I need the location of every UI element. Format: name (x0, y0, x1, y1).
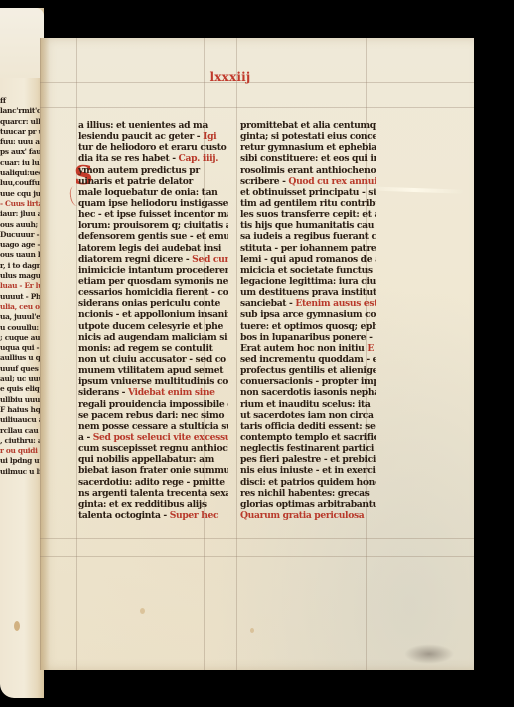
body-text: monis: ad regem se contulit (78, 343, 213, 354)
body-text: nis eius iniuste - et in exercicijs (240, 465, 376, 476)
text-line: tis hijs que humanitatis cau (240, 220, 376, 231)
body-text: les suos transferre cepit: et amo (240, 209, 376, 220)
text-line: stituta - per iohannem patrem eupo (240, 243, 376, 254)
body-text: non ut ciuiu accusator - sed co (78, 354, 226, 365)
text-line: inimicicie intantum procederent ut (78, 265, 228, 276)
text-line: siderans - Videbat enim sine (78, 387, 228, 398)
body-text: stituta - per iohannem patrem eupo (240, 243, 376, 254)
text-line: profectus gentilis et alienigene (240, 365, 376, 376)
body-text: a - (78, 432, 90, 443)
body-text: non sacerdotis iasonis nepha (240, 387, 376, 398)
body-text: sanciebat - (240, 298, 293, 309)
facing-text-line: rcllau cau (0, 426, 42, 436)
text-line: non sacerdotis iasonis nepha (240, 387, 376, 398)
text-line: Erat autem hoc non initiu E (240, 343, 376, 354)
body-text: legacione legittima: iura ciui (240, 276, 376, 287)
text-line: sed incrementu quoddam - et (240, 354, 376, 365)
text-line: ncionis - et appollonium insanire (78, 309, 228, 320)
rubric-text: Videbat enim sine (125, 387, 215, 398)
rubric-text: Etenim ausus est (293, 298, 376, 309)
facing-text-line: ous auuh; ulhy (0, 220, 42, 230)
facing-text-line: fuu: uuu aulucu (0, 137, 42, 147)
text-line: res nichil habentes: grecas (240, 488, 376, 499)
corner-wear (404, 644, 454, 664)
text-line: sacerdotiu: adito rege - pmitte (78, 477, 228, 488)
rubric-text: Super hec (167, 510, 218, 521)
body-text: hec - et ipse fuisset incentor ma (78, 209, 228, 220)
text-line: micicia et societate functus est (240, 265, 376, 276)
text-line: sanciebat - Etenim ausus est (240, 298, 376, 309)
ruling-line-horizontal (40, 107, 474, 108)
running-headline: lxxxiij (200, 70, 260, 84)
body-text: sibi constituere: et eos qui in ihe (240, 153, 376, 164)
foxing-stain (14, 621, 20, 631)
facing-text-line: e quis eliq qu (0, 384, 42, 394)
foxing-stain (140, 608, 145, 614)
body-text: res nichil habentes: grecas (240, 488, 370, 499)
body-text: disci: et patrios quidem hono (240, 477, 376, 488)
rubric-text: Sed post seleuci vite excessu (90, 432, 228, 443)
body-text: a illius: et uenientes ad ma (78, 120, 208, 131)
text-line: biebat iason frater onie summu (78, 465, 228, 476)
text-line: monis: ad regem se contulit (78, 343, 228, 354)
body-text: male loquebatur de onia: tan (78, 187, 218, 198)
text-column-left: a illius: et uenientes ad malesiendu pau… (78, 120, 228, 521)
body-text: promittebat et alia centumquinqua (240, 120, 376, 131)
text-line: glorias optimas arbitrabantur - (240, 499, 376, 510)
facing-text-line: ua, juuul'e o (0, 312, 42, 322)
text-line: a - Sed post seleuci vite excessu (78, 432, 228, 443)
body-text: rosolimis erant anthiochenos (240, 165, 376, 176)
body-text: taris officia dediti essent: sed (240, 421, 376, 432)
facing-text-line: uiliuaucu au (0, 415, 42, 425)
body-text: tur de heliodoro et eraru custo (78, 142, 226, 153)
body-text: ginta: et ex redditibus alijs (78, 499, 207, 510)
facing-text-line: tuucar pr u cum (0, 127, 42, 137)
rubric-text: Quarum gratia periculosa (240, 510, 364, 521)
body-text: diatorem regni dicere - (78, 254, 189, 265)
text-line: sub ipsa arce gymnasium consti (240, 309, 376, 320)
body-text: ginta; si potestati eius concede (240, 131, 376, 142)
facing-text-line: ps aux' fauis ha (0, 147, 42, 157)
body-text: lesiendu paucit ac geter - (78, 131, 200, 142)
rubric-text: Quod cu rex annuisset (286, 176, 376, 187)
facing-text-line: ullbiu uuu (0, 395, 42, 405)
body-text: pes fieri palestre - et prebicio (240, 454, 376, 465)
body-text: latorem legis dei audebat insi (78, 243, 221, 254)
text-line: ipsum vniuerse multitudinis co (78, 376, 228, 387)
body-text: lorum: prouisorem q; ciuitatis ac (78, 220, 228, 231)
body-text: sacerdotiu: adito rege - pmitte (78, 477, 225, 488)
facing-text-line: , ciuthru: aq (0, 436, 42, 446)
facing-text-line: luu,couffuu - (0, 178, 42, 188)
body-text: retur gymnasium et ephebiam (240, 142, 376, 153)
body-text: quam ipse heliodoru instigasset ad (78, 198, 228, 209)
text-line: a illius: et uenientes ad ma (78, 120, 228, 131)
body-text: tim ad gentilem ritu contribu (240, 198, 376, 209)
facing-text-line: cuar: iu lulu - (0, 158, 42, 168)
facing-text-line: uuuut - Phu (0, 292, 42, 302)
facing-page-text: fflanc'rmit'o unquarcr: ulla mituucar pr… (0, 96, 42, 477)
text-line: latorem legis dei audebat insi (78, 243, 228, 254)
body-text: ns argenti talenta trecenta sexa (78, 488, 228, 499)
ruling-line-horizontal (40, 538, 474, 539)
body-text: dia ita se res habet - (78, 153, 176, 164)
rubric-text: E (365, 343, 375, 354)
text-line: contempto templo et sacrificijs (240, 432, 376, 443)
rubric-text: Cap. iiij. (176, 153, 218, 164)
facing-text-line: F haius hqui (0, 405, 42, 415)
body-text: tis hijs que humanitatis cau (240, 220, 374, 231)
facing-text-line: ualiqui:ued (0, 168, 42, 178)
text-line: ginta: et ex redditibus alijs (78, 499, 228, 510)
body-text: ymon autem predictus pr (78, 165, 200, 176)
text-line: lemi - qui apud romanos de a (240, 254, 376, 265)
text-line: talenta octoginta - Super hec (78, 510, 228, 521)
body-text: siderans - (78, 387, 125, 398)
body-text: tuere: et optimos quosq; ephe (240, 321, 376, 332)
text-line: regali prouidencia impossibile es (78, 399, 228, 410)
body-text: micicia et societate functus est (240, 265, 376, 276)
facing-text-line: Ducuuur - Su (0, 230, 42, 240)
facing-text-line: uue cqu juli bi (0, 189, 42, 199)
facing-text-line: ous uaun hqu (0, 250, 42, 260)
facing-text-line: - Cuus lirtai (0, 199, 42, 209)
facing-text-line: aullius u qui (0, 353, 42, 363)
text-line: rosolimis erant anthiochenos (240, 165, 376, 176)
body-text: cum suscepisset regnu anthiochi (78, 443, 228, 454)
body-text: um destituens prava instituta (240, 287, 376, 298)
body-text: rium et inauditu scelus: ita (240, 399, 371, 410)
text-line: tim ad gentilem ritu contribu (240, 198, 376, 209)
text-line: male loquebatur de onia: tan (78, 187, 228, 198)
text-line: les suos transferre cepit: et amo (240, 209, 376, 220)
body-text: bos in lupanaribus ponere - (240, 332, 373, 343)
body-text: neglectis festinarent partici (240, 443, 374, 454)
facing-text-line: r ou quidi uu (0, 446, 42, 456)
text-line: rium et inauditu scelus: ita (240, 399, 376, 410)
facing-text-line: uuuf ques uu (0, 364, 42, 374)
facing-text-line: uago age - Jla (0, 240, 42, 250)
text-line: se pacem rebus dari: nec simo (78, 410, 228, 421)
text-line: tur de heliodoro et eraru custo (78, 142, 228, 153)
text-line: cessarios homicidia fierent - co (78, 287, 228, 298)
ruling-line-horizontal (40, 556, 474, 557)
page-crease (364, 186, 464, 193)
text-line: scribere - Quod cu rex annuisset (240, 176, 376, 187)
text-line: non ut ciuiu accusator - sed co (78, 354, 228, 365)
facing-text-line: ulia, ceu oblo (0, 302, 42, 312)
text-line: nis eius iniuste - et in exercicijs (240, 465, 376, 476)
body-text: uinaris et patrie delator (78, 176, 193, 187)
facing-text-line: luau - Er lupi (0, 281, 42, 291)
body-text: nicis ad augendam maliciam si (78, 332, 227, 343)
text-line: ns argenti talenta trecenta sexa (78, 488, 228, 499)
body-text: profectus gentilis et alienigene (240, 365, 376, 376)
text-line: pes fieri palestre - et prebicio (240, 454, 376, 465)
body-text: regali prouidencia impossibile es (78, 399, 228, 410)
text-line: diatorem regni dicere - Sed cum (78, 254, 228, 265)
text-line: conuersacionis - propter impij et (240, 376, 376, 387)
text-line: etiam per quosdam symonis ne (78, 276, 228, 287)
text-line: taris officia dediti essent: sed (240, 421, 376, 432)
text-line: cum suscepisset regnu anthiochi (78, 443, 228, 454)
facing-text-line: ; cuque auu (0, 333, 42, 343)
facing-text-line: aul; uc uuu (0, 374, 42, 384)
text-line: siderans onias periculu conte (78, 298, 228, 309)
gutter-shadow (40, 38, 50, 670)
body-text: etiam per quosdam symonis ne (78, 276, 228, 287)
text-line: quam ipse heliodoru instigasset ad (78, 198, 228, 209)
rubric-text: Sed cum (189, 254, 228, 265)
text-line: munem vtilitatem apud semet (78, 365, 228, 376)
text-line: utpote ducem celesyrie et phe (78, 321, 228, 332)
body-text: nem posse cessare a stulticia su (78, 421, 228, 432)
body-text: sub ipsa arce gymnasium consti (240, 309, 376, 320)
body-text: scribere - (240, 176, 286, 187)
ruling-line-vertical (236, 38, 237, 670)
facing-text-line: uilmuc u liba (0, 467, 42, 477)
facing-text-line: uqua qui - Tur (0, 343, 42, 353)
manuscript-folio: lxxxiij S a illius: et uenientes ad male… (40, 38, 474, 670)
text-line: ginta; si potestati eius concede (240, 131, 376, 142)
text-line: defensorem gentis sue - et emu (78, 231, 228, 242)
text-line: lorum: prouisorem q; ciuitatis ac (78, 220, 228, 231)
text-line: lesiendu paucit ac geter - Igi (78, 131, 228, 142)
facing-text-line: lanc'rmit'o un (0, 106, 42, 116)
ruling-line-vertical (76, 38, 77, 670)
text-line: uinaris et patrie delator (78, 176, 228, 187)
text-line: legacione legittima: iura ciui (240, 276, 376, 287)
foxing-stain (250, 628, 254, 633)
text-line: ymon autem predictus pr (78, 165, 228, 176)
body-text: lemi - qui apud romanos de a (240, 254, 376, 265)
body-text: Erat autem hoc non initiu (240, 343, 365, 354)
body-text: biebat iason frater onie summu (78, 465, 228, 476)
body-text: contempto templo et sacrificijs (240, 432, 376, 443)
page-curl (0, 8, 44, 78)
body-text: ncionis - et appollonium insanire (78, 309, 228, 320)
rubric-text: Igi (200, 131, 216, 142)
body-text: ipsum vniuerse multitudinis co (78, 376, 228, 387)
text-line: sa iudeis a regibus fuerant con (240, 231, 376, 242)
text-line: retur gymnasium et ephebiam (240, 142, 376, 153)
text-line: ut sacerdotes iam non circa al (240, 410, 376, 421)
facing-text-line: iaur: jluu aucu (0, 209, 42, 219)
text-line: hec - et ipse fuisset incentor ma (78, 209, 228, 220)
facing-text-line: quarcr: ulla mi (0, 117, 42, 127)
body-text: utpote ducem celesyrie et phe (78, 321, 223, 332)
body-text: munem vtilitatem apud semet (78, 365, 223, 376)
facing-text-line: ui lpdng uuli (0, 456, 42, 466)
text-line: disci: et patrios quidem hono (240, 477, 376, 488)
text-line: promittebat et alia centumquinqua (240, 120, 376, 131)
ruling-line-vertical (40, 38, 41, 670)
body-text: talenta octoginta - (78, 510, 167, 521)
text-line: Quarum gratia periculosa (240, 510, 376, 521)
text-line: qui nobilis appellabatur: am (78, 454, 228, 465)
text-line: tuere: et optimos quosq; ephe (240, 321, 376, 332)
body-text: cessarios homicidia fierent - co (78, 287, 228, 298)
facing-text-line: ulus magua (0, 271, 42, 281)
facing-text-line: r, i to dagrllu (0, 261, 42, 271)
text-line: bos in lupanaribus ponere - (240, 332, 376, 343)
text-line: um destituens prava instituta (240, 287, 376, 298)
text-column-right: promittebat et alia centumquinquaginta; … (240, 120, 376, 521)
body-text: defensorem gentis sue - et emu (78, 231, 228, 242)
text-line: et obtinuisset principatu - sta (240, 187, 376, 198)
facing-text-line: u couullu: cuu (0, 323, 42, 333)
text-line: dia ita se res habet - Cap. iiij. (78, 153, 228, 164)
body-text: sa iudeis a regibus fuerant con (240, 231, 376, 242)
body-text: et obtinuisset principatu - sta (240, 187, 376, 198)
facing-text-line: ff (0, 96, 42, 106)
facing-page-left: fflanc'rmit'o unquarcr: ulla mituucar pr… (0, 8, 44, 698)
text-line: sibi constituere: et eos qui in ihe (240, 153, 376, 164)
body-text: qui nobilis appellabatur: am (78, 454, 214, 465)
text-line: nem posse cessare a stulticia su (78, 421, 228, 432)
body-text: ut sacerdotes iam non circa al (240, 410, 376, 421)
body-text: siderans onias periculu conte (78, 298, 220, 309)
body-text: se pacem rebus dari: nec simo (78, 410, 224, 421)
body-text: glorias optimas arbitrabantur - (240, 499, 376, 510)
text-line: neglectis festinarent partici (240, 443, 376, 454)
body-text: sed incrementu quoddam - et (240, 354, 376, 365)
body-text: conuersacionis - propter impij et (240, 376, 376, 387)
body-text: inimicicie intantum procederent ut (78, 265, 228, 276)
text-line: nicis ad augendam maliciam si (78, 332, 228, 343)
